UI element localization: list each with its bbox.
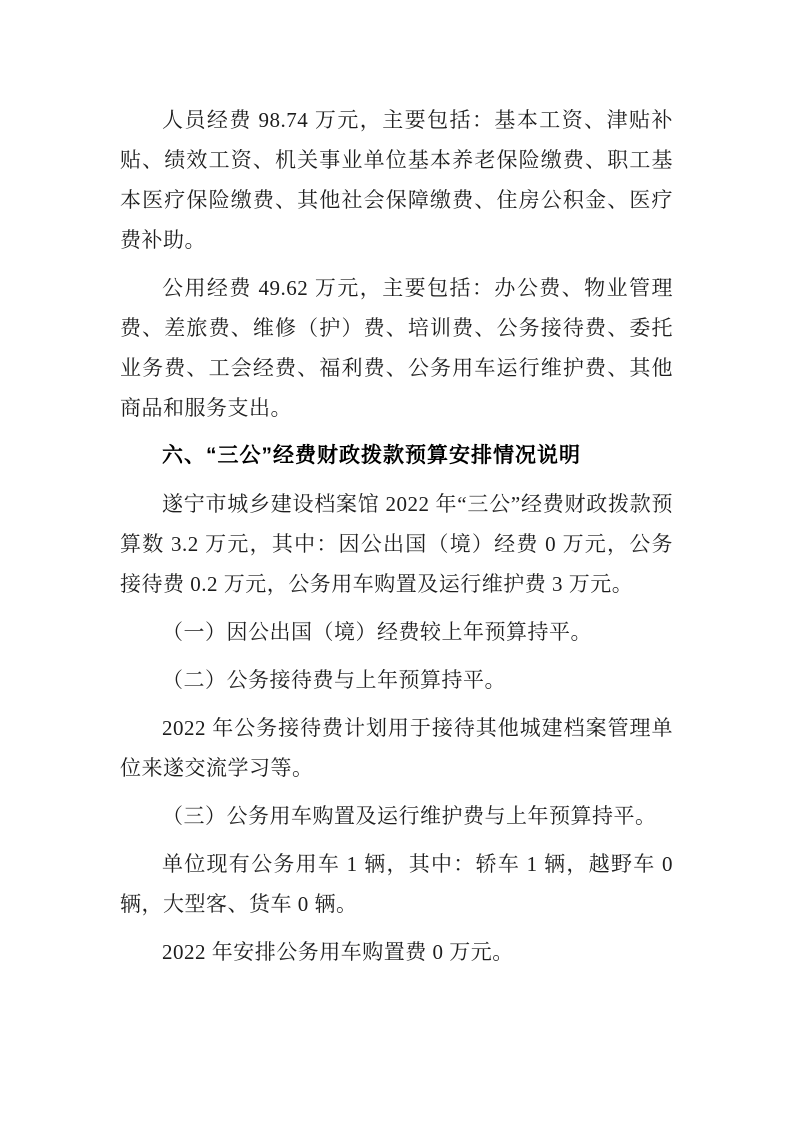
document-page: 人员经费 98.74 万元，主要包括：基本工资、津贴补贴、绩效工资、机关事业单位… xyxy=(0,0,793,1122)
paragraph-reception-plan: 2022 年公务接待费计划用于接待其他城建档案管理单位来遂交流学习等。 xyxy=(120,708,673,788)
sub-heading-item-2-official-reception: （二）公务接待费与上年预算持平。 xyxy=(120,660,673,700)
paragraph-vehicle-purchase-budget: 2022 年安排公务用车购置费 0 万元。 xyxy=(120,932,673,972)
sub-heading-item-3-official-vehicles: （三）公务用车购置及运行维护费与上年预算持平。 xyxy=(120,796,673,836)
document-body: 人员经费 98.74 万元，主要包括：基本工资、津贴补贴、绩效工资、机关事业单位… xyxy=(120,100,673,972)
sub-heading-item-1-overseas-trips: （一）因公出国（境）经费较上年预算持平。 xyxy=(120,612,673,652)
paragraph-personnel-expense: 人员经费 98.74 万元，主要包括：基本工资、津贴补贴、绩效工资、机关事业单位… xyxy=(120,100,673,260)
paragraph-vehicle-inventory: 单位现有公务用车 1 辆，其中：轿车 1 辆，越野车 0 辆，大型客、货车 0 … xyxy=(120,844,673,924)
paragraph-public-expense: 公用经费 49.62 万元，主要包括：办公费、物业管理费、差旅费、维修（护）费、… xyxy=(120,268,673,428)
section-heading-three-public-funds: 六、“三公”经费财政拨款预算安排情况说明 xyxy=(120,436,673,476)
paragraph-three-public-budget-total: 遂宁市城乡建设档案馆 2022 年“三公”经费财政拨款预算数 3.2 万元，其中… xyxy=(120,484,673,604)
